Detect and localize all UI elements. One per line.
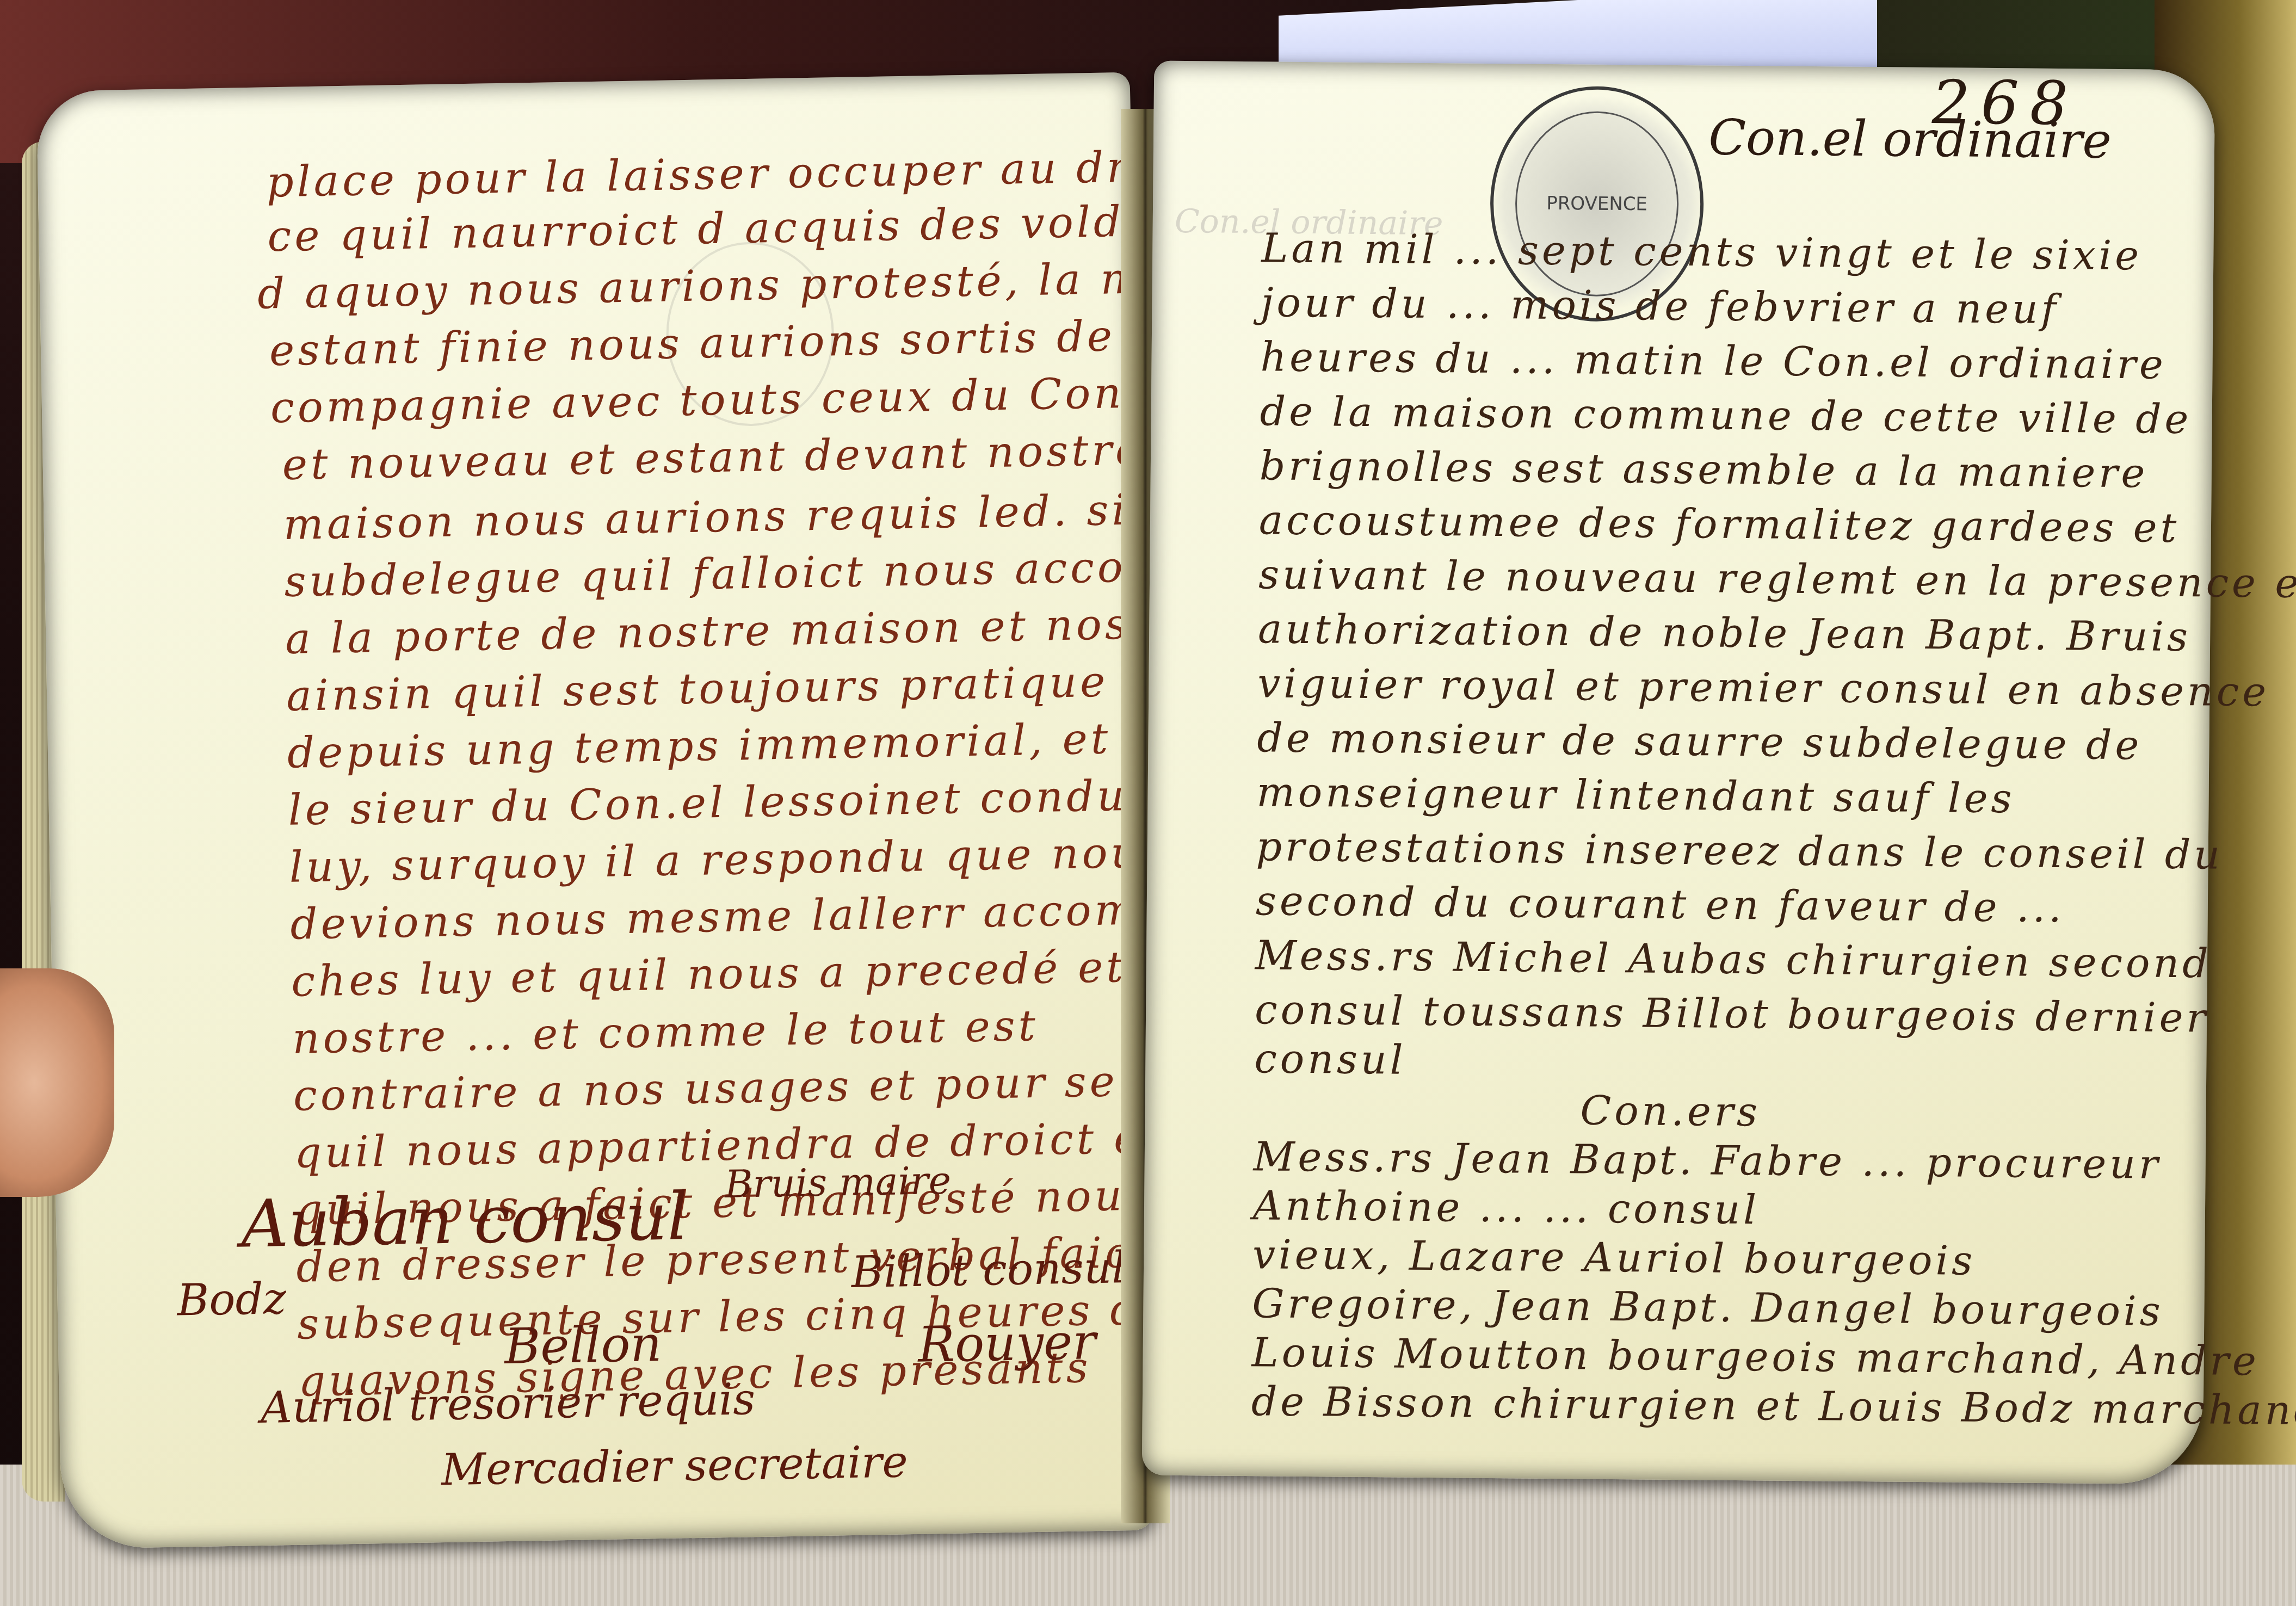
signature: Bruis maire (724, 1158, 951, 1207)
text-line: Lan mil ... sept cents vingt et le sixie (1261, 225, 2142, 279)
text-line: Louis Moutton bourgeois marchand, Andre (1251, 1329, 2260, 1385)
text-line: brignolles sest assemble a la maniere (1260, 442, 2149, 497)
entry-heading: Con.el ordinaire (1708, 109, 2112, 169)
left-page: place pour la laisser occuper au droict … (36, 72, 1155, 1549)
text-line: heures du ... matin le Con.el ordinaire (1260, 333, 2167, 388)
text-line: Mess.rs Michel Aubas chirurgien second (1255, 932, 2212, 987)
text-line: Anthoine ... ... consul (1253, 1182, 1760, 1233)
text-line: jour du ... mois de febvrier a neuf (1261, 279, 2059, 333)
text-line: ches luy et quil nous a precedé et (291, 943, 1127, 1006)
right-page: 268 Con.el ordinaire PROVENCE Con.el ord… (1142, 61, 2215, 1485)
text-line: second du courant en faveur de ... (1256, 878, 2065, 931)
signature: Auriol tresorier requis (260, 1374, 756, 1433)
text-line: Gregoire, Jean Bapt. Dangel bourgeois (1252, 1280, 2164, 1335)
text-line: luy, surquoy il a respondu que nous (289, 828, 1166, 892)
text-line: de la maison commune de cette ville de (1260, 388, 2192, 443)
text-line: vieux, Lazare Auriol bourgeois (1252, 1231, 1976, 1284)
signature: Auban consul (240, 1179, 689, 1262)
text-line: nostre ... et comme le tout est (292, 1002, 1039, 1064)
signature: Bodz (177, 1273, 287, 1325)
text-line: consul (1254, 1035, 1406, 1083)
text-line: accoustumee des formalitez gardees et (1259, 497, 2180, 552)
text-line: authorization de noble Jean Bapt. Bruis (1258, 606, 2191, 660)
text-line: suivant le nouveau reglemt en la presenc… (1258, 551, 2296, 607)
text-line: consul toussans Billot bourgeois dernier (1255, 986, 2209, 1041)
thumb-holding-page (0, 968, 114, 1197)
text-line: protestations insereez dans le conseil d… (1256, 823, 2223, 879)
text-line: maison nous aurions requis led. sieur (283, 484, 1212, 549)
text-line: et nouveau et estant devant nostre (282, 425, 1144, 490)
text-line: de monsieur de saurre subdelegue de (1257, 714, 2142, 769)
signature: Rouyer (917, 1313, 1096, 1374)
signature: Mercadier secretaire (441, 1436, 908, 1495)
text-line: d aquoy nous aurions protesté, la messe (257, 252, 1251, 319)
signature: Billot consul (851, 1242, 1126, 1298)
text-line: Con.ers (1580, 1087, 1761, 1135)
text-line: monseigneur lintendant sauf les (1256, 769, 2015, 822)
text-line: Mess.rs Jean Bapt. Fabre ... procureur (1253, 1133, 2161, 1188)
signature: Bellon (504, 1315, 662, 1375)
text-line: viguier royal et premier consul en absen… (1257, 660, 2269, 715)
text-line: estant finie nous aurions sortis de (269, 312, 1115, 375)
text-line: ainsin quil sest toujours pratique et (286, 656, 1174, 720)
text-line: de Bisson chirurgien et Louis Bodz march… (1251, 1378, 2296, 1434)
